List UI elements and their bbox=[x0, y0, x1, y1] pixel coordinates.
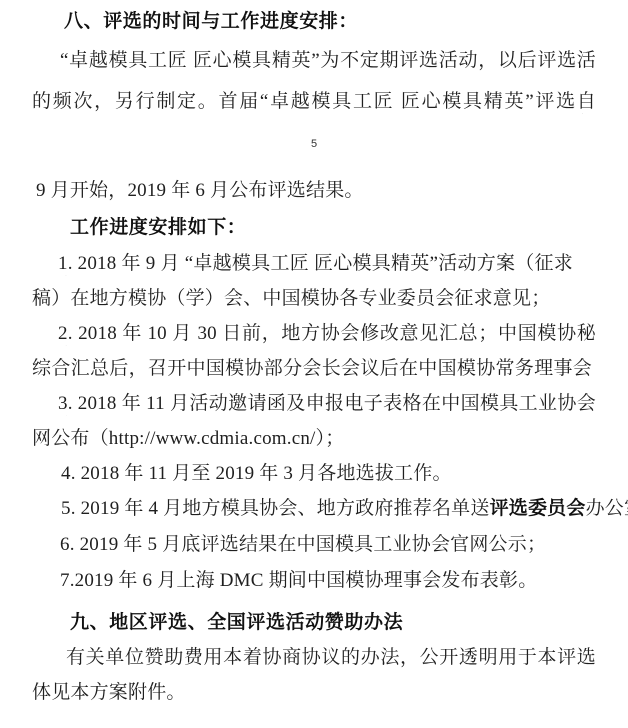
list-item-6: 6. 2019 年 5 月底评选结果在中国模具工业协会官网公示； bbox=[60, 533, 546, 556]
list-item-2-line-1: 2. 2018 年 10 月 30 日前，地方协会修改意见汇总；中国模协秘书处 bbox=[58, 322, 596, 346]
list-item-2-line-2: 综合汇总后，召开中国模协部分会长会议后在中国模协常务理事会上通过； bbox=[32, 357, 592, 381]
list-item-4: 4. 2018 年 11 月至 2019 年 3 月各地选拔工作。 bbox=[61, 462, 452, 485]
document-page: 八、评选的时间与工作进度安排： “卓越模具工匠 匠心模具精英”为不定期评选活动，… bbox=[0, 0, 628, 728]
paragraph-line: 9 月开始，2019 年 6 月公布评选结果。 bbox=[36, 179, 364, 202]
list-item-5-text: 5. 2019 年 4 月地方模具协会、地方政府推荐名单送 bbox=[61, 498, 490, 519]
list-item-5-bold-term: 评选委员会 bbox=[490, 498, 586, 519]
paragraph-line: 的频次，另行制定。首届“卓越模具工匠 匠心模具精英”评选自 2018 年 bbox=[32, 90, 596, 114]
schedule-heading: 工作进度安排如下： bbox=[70, 216, 246, 239]
paragraph-line: “卓越模具工匠 匠心模具精英”为不定期评选活动，以后评选活动 bbox=[60, 49, 596, 73]
section-heading-8: 八、评选的时间与工作进度安排： bbox=[64, 10, 358, 33]
section-heading-9: 九、地区评选、全国评选活动赞助办法 bbox=[70, 611, 403, 634]
list-item-5-tail: 办公室； bbox=[586, 498, 628, 519]
paragraph-line: 有关单位赞助费用本着协商协议的办法，公开透明用于本评选工作具 bbox=[66, 646, 596, 670]
page-number: 5 bbox=[0, 138, 628, 150]
list-item-3-line-2: 网公布（http://www.cdmia.com.cn/）； bbox=[32, 427, 344, 450]
list-item-5: 5. 2019 年 4 月地方模具协会、地方政府推荐名单送评选委员会办公室； bbox=[61, 497, 628, 520]
list-item-3-line-1: 3. 2018 年 11 月活动邀请函及申报电子表格在中国模具工业协会官 bbox=[58, 392, 596, 416]
paragraph-line: 体见本方案附件。 bbox=[32, 681, 186, 704]
list-item-1-line-1: 1. 2018 年 9 月 “卓越模具工匠 匠心模具精英”活动方案（征求意见 bbox=[58, 252, 573, 276]
list-item-7: 7.2019 年 6 月上海 DMC 期间中国模协理事会发布表彰。 bbox=[60, 569, 537, 592]
list-item-1-line-2: 稿）在地方模协（学）会、中国模协各专业委员会征求意见； bbox=[32, 287, 550, 310]
